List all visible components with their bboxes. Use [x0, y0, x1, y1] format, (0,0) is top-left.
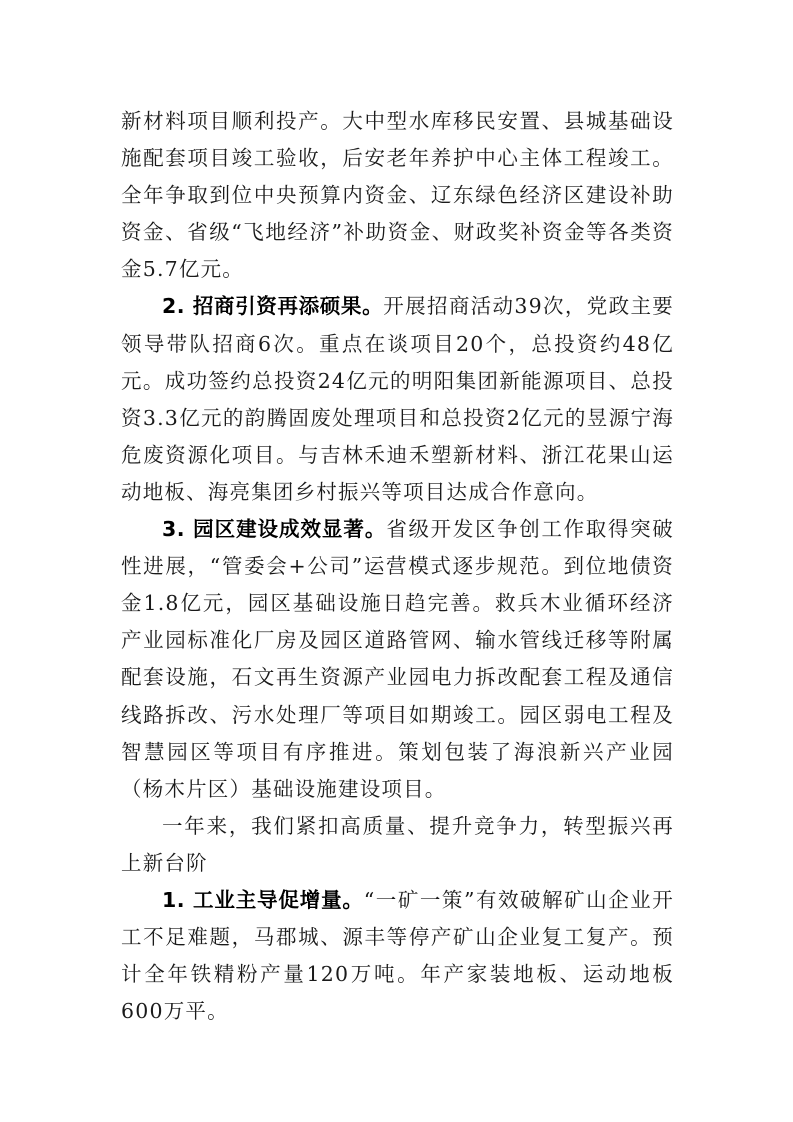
- paragraph-heading: 3. 园区建设成效显著。: [162, 517, 386, 541]
- paragraph-investment: 2. 招商引资再添硕果。开展招商活动39次，党政主要领导带队招商6次。重点在谈项…: [121, 288, 674, 511]
- paragraph-text: 一年来，我们紧扣高质量、提升竞争力，转型振兴再上新台阶: [121, 814, 674, 875]
- paragraph-industry: 1. 工业主导促增量。“一矿一策”有效破解矿山企业开工不足难题，马郡城、源丰等停…: [121, 882, 674, 1030]
- paragraph-summary: 一年来，我们紧扣高质量、提升竞争力，转型振兴再上新台阶: [121, 808, 674, 882]
- paragraph-park-construction: 3. 园区建设成效显著。省级开发区争创工作取得突破性进展，“管委会+公司”运营模…: [121, 511, 674, 808]
- paragraph-heading: 1. 工业主导促增量。: [162, 888, 364, 912]
- paragraph-text: 新材料项目顺利投产。大中型水库移民安置、县城基础设施配套项目竣工验收，后安老年养…: [121, 109, 674, 281]
- document-page: 新材料项目顺利投产。大中型水库移民安置、县城基础设施配套项目竣工验收，后安老年养…: [121, 103, 674, 1030]
- paragraph-heading: 2. 招商引资再添硕果。: [162, 294, 383, 318]
- paragraph-text: 省级开发区争创工作取得突破性进展，“管委会+公司”运营模式逐步规范。到位地债资金…: [121, 517, 674, 801]
- paragraph-funding: 新材料项目顺利投产。大中型水库移民安置、县城基础设施配套项目竣工验收，后安老年养…: [121, 103, 674, 288]
- paragraph-text: 开展招商活动39次，党政主要领导带队招商6次。重点在谈项目20个，总投资约48亿…: [121, 294, 674, 503]
